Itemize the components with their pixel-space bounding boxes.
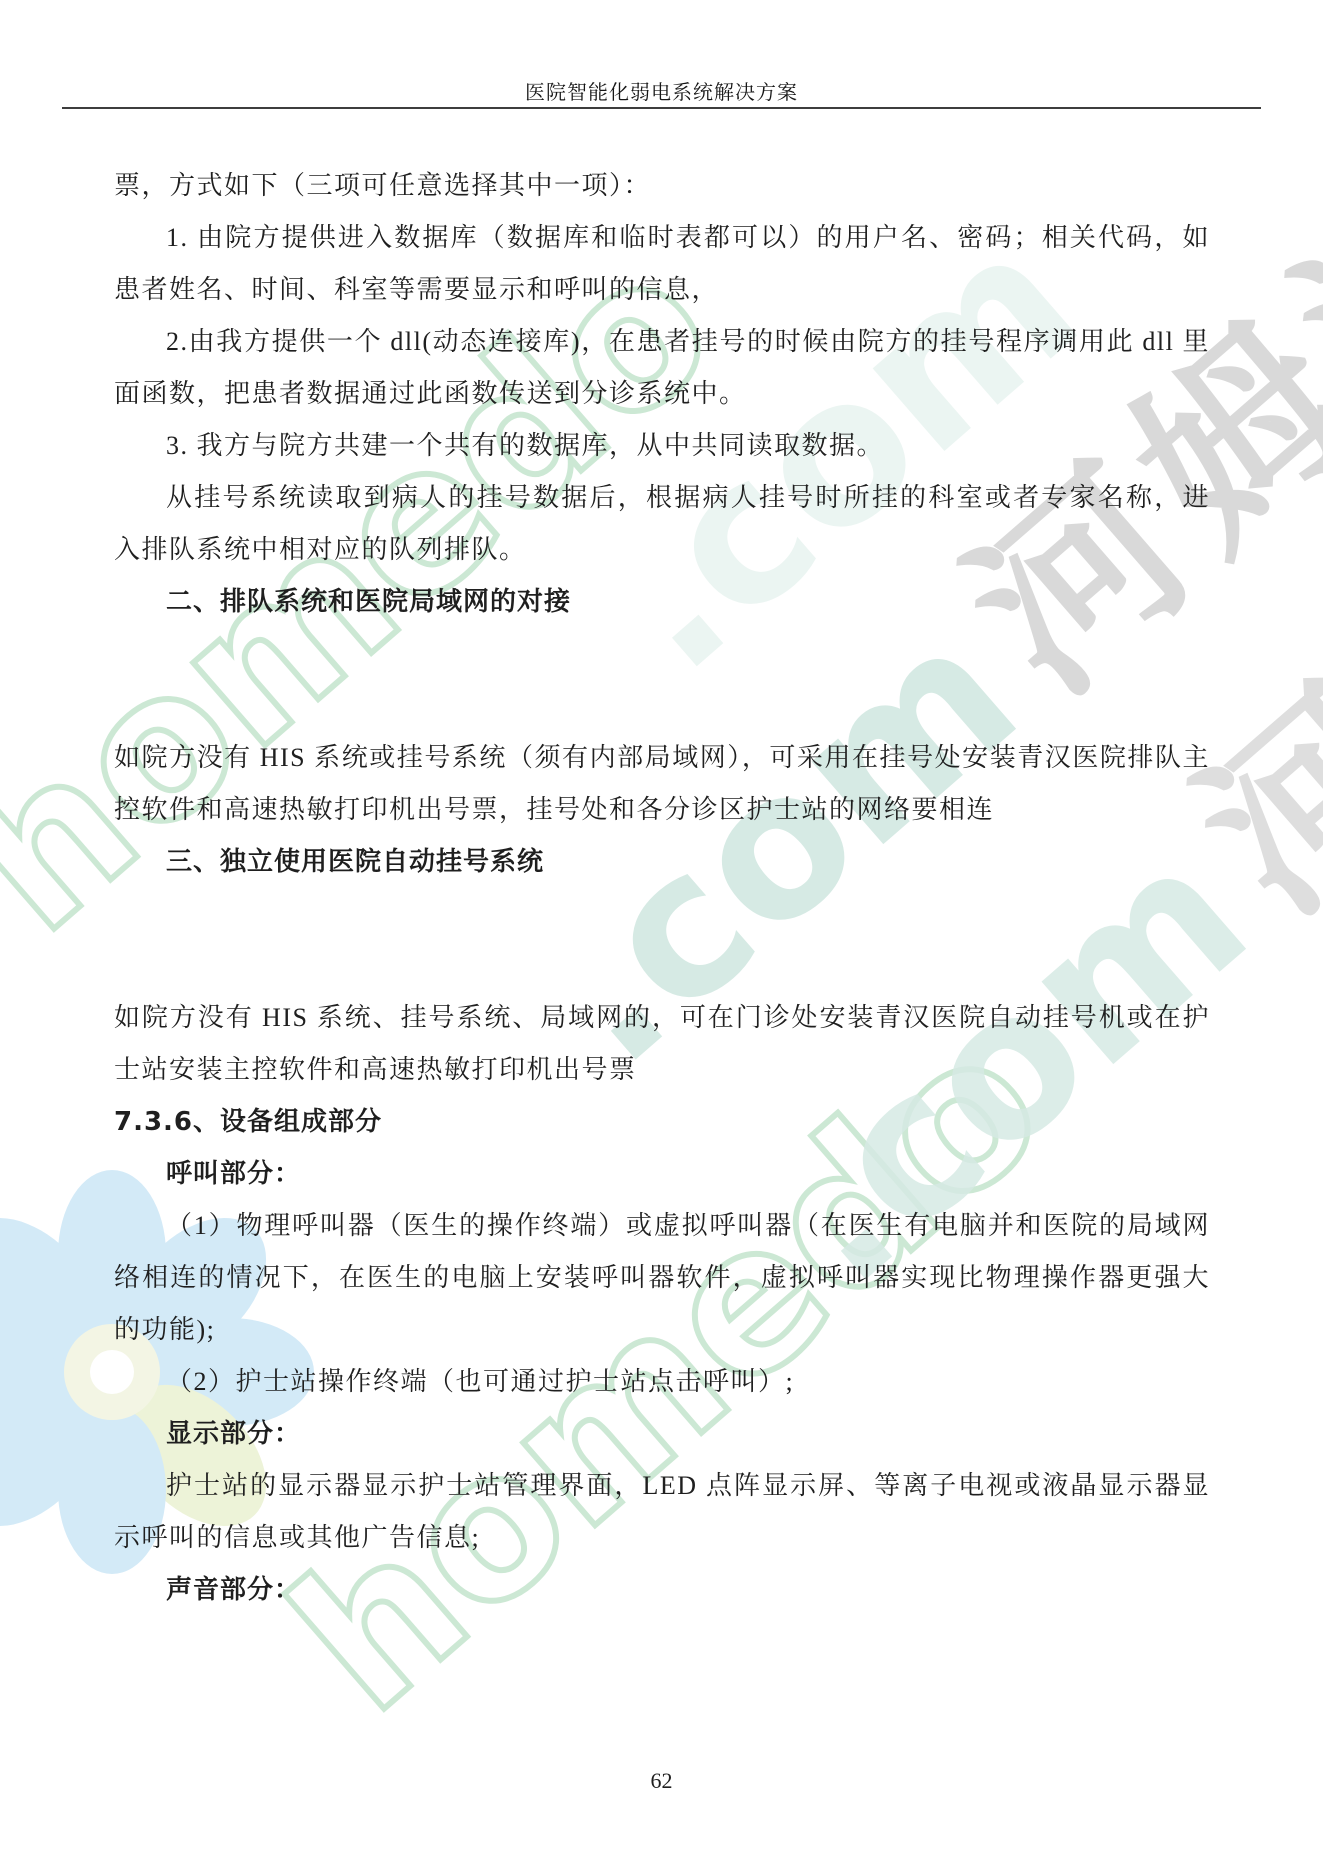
- page-header-title: 医院智能化弱电系统解决方案: [0, 76, 1323, 105]
- paragraph-no-his-no-lan: 如院方没有 HIS 系统、挂号系统、局域网的，可在门诊处安装青汉医院自动挂号机或…: [114, 992, 1210, 1096]
- heading-standalone-system: 三、独立使用医院自动挂号系统: [114, 836, 1210, 888]
- list-item-3: 3. 我方与院方共建一个共有的数据库，从中共同读取数据。: [114, 420, 1210, 472]
- flower-petal: [0, 1358, 126, 1553]
- document-page: .com homedo .com河姆渡 homedo .com河姆渡 医院智能化…: [0, 0, 1323, 1871]
- paragraph-call-item-1: （1）物理呼叫器（医生的操作终端）或虚拟呼叫器（在医生有电脑并和医院的局域网络相…: [114, 1200, 1210, 1356]
- flower-petal: [0, 1191, 126, 1386]
- blank-lines: [114, 628, 1210, 732]
- subheading-call-part: 呼叫部分：: [114, 1148, 1210, 1200]
- subheading-sound-part: 声音部分：: [114, 1564, 1210, 1616]
- paragraph-display-detail: 护士站的显示器显示护士站管理界面，LED 点阵显示屏、等离子电视或液晶显示器显示…: [114, 1460, 1210, 1564]
- paragraph-ticket-intro: 票，方式如下（三项可任意选择其中一项）：: [114, 160, 1210, 212]
- blank-lines: [114, 888, 1210, 992]
- paragraph-no-his-lan: 如院方没有 HIS 系统或挂号系统（须有内部局域网），可采用在挂号处安装青汉医院…: [114, 732, 1210, 836]
- paragraph-queue-data: 从挂号系统读取到病人的挂号数据后，根据病人挂号时所挂的科室或者专家名称，进入排队…: [114, 472, 1210, 576]
- heading-queue-lan-connect: 二、排队系统和医院局域网的对接: [114, 576, 1210, 628]
- header-rule: [62, 107, 1261, 109]
- section-heading-7-3-6: 7.3.6、设备组成部分: [114, 1096, 1210, 1148]
- paragraph-call-item-2: （2）护士站操作终端（也可通过护士站点击呼叫）;: [114, 1356, 1210, 1408]
- page-number: 62: [0, 1766, 1323, 1796]
- subheading-display-part: 显示部分：: [114, 1408, 1210, 1460]
- flower-petal: [0, 1318, 78, 1426]
- document-body: 票，方式如下（三项可任意选择其中一项）： 1. 由院方提供进入数据库（数据库和临…: [114, 160, 1210, 1616]
- list-item-2: 2.由我方提供一个 dll(动态连接库)，在患者挂号的时候由院方的挂号程序调用此…: [114, 316, 1210, 420]
- list-item-1: 1. 由院方提供进入数据库（数据库和临时表都可以）的用户名、密码；相关代码，如患…: [114, 212, 1210, 316]
